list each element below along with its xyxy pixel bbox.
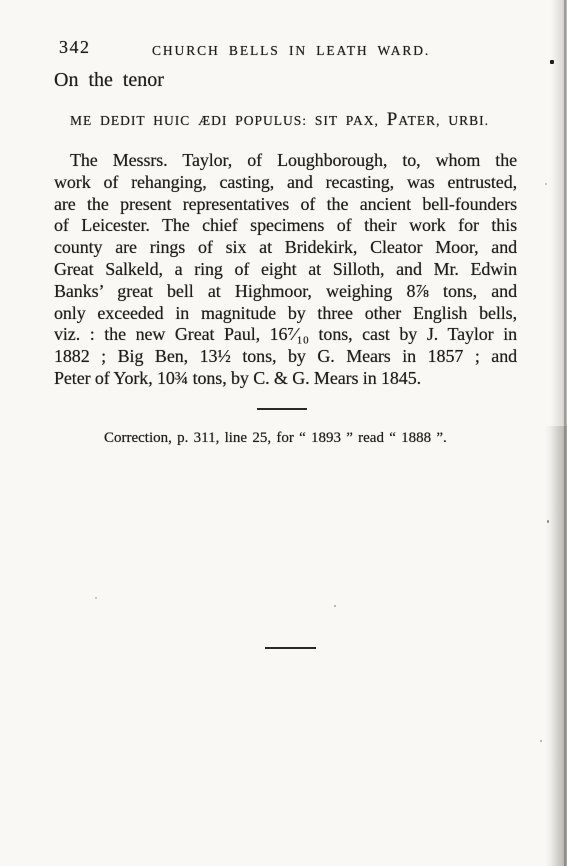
inscription-text-before: ME DEDIT HUIC ÆDI POPULUS: SIT PAX,: [70, 113, 387, 128]
scan-speck: [334, 605, 336, 607]
paragraph-line: only exceeded in magnitude by three othe…: [54, 303, 517, 325]
paragraph-line: Great Salkeld, a ring of eight at Sillot…: [54, 259, 517, 281]
book-page-scan: 342 CHURCH BELLS IN LEATH WARD. On the t…: [0, 0, 567, 866]
section-divider-rule: [257, 408, 307, 410]
paragraph-line: work of rehanging, casting, and recastin…: [54, 172, 517, 194]
paragraph-line: 1882 ; Big Ben, 13½ tons, by G. Mears in…: [54, 346, 517, 368]
running-header-title: CHURCH BELLS IN LEATH WARD.: [152, 43, 430, 59]
inscription-text-after: ATER, URBI.: [398, 113, 489, 128]
intro-line: On the tenor: [54, 69, 164, 92]
end-divider-rule: [265, 647, 316, 649]
paragraph-line: viz. : the new Great Paul, 16⁷⁄₁₀ tons, …: [54, 324, 517, 346]
correction-note: Correction, p. 311, line 25, for “ 1893 …: [104, 430, 447, 447]
paragraph-line: are the present representatives of the a…: [54, 194, 517, 216]
scan-speck: [540, 740, 542, 742]
scan-speck: [545, 183, 547, 185]
scan-speck: [95, 597, 97, 599]
paragraph-line: county are rings of six at Bridekirk, Cl…: [54, 237, 517, 259]
paragraph-line: Peter of York, 10¾ tons, by C. & G. Mear…: [54, 368, 517, 390]
paragraph-line: Banks’ great bell at Highmoor, weighing …: [54, 281, 517, 303]
paragraph-line: The Messrs. Taylor, of Loughborough, to,…: [54, 150, 517, 172]
pater-initial-capital: P: [387, 109, 399, 130]
body-paragraph: The Messrs. Taylor, of Loughborough, to,…: [54, 150, 517, 390]
paragraph-line: of Leicester. The chief specimens of the…: [54, 215, 517, 237]
scan-edge-line: [564, 0, 566, 866]
page-number: 342: [59, 37, 91, 58]
bell-inscription: ME DEDIT HUIC ÆDI POPULUS: SIT PAX, PATE…: [70, 109, 489, 131]
